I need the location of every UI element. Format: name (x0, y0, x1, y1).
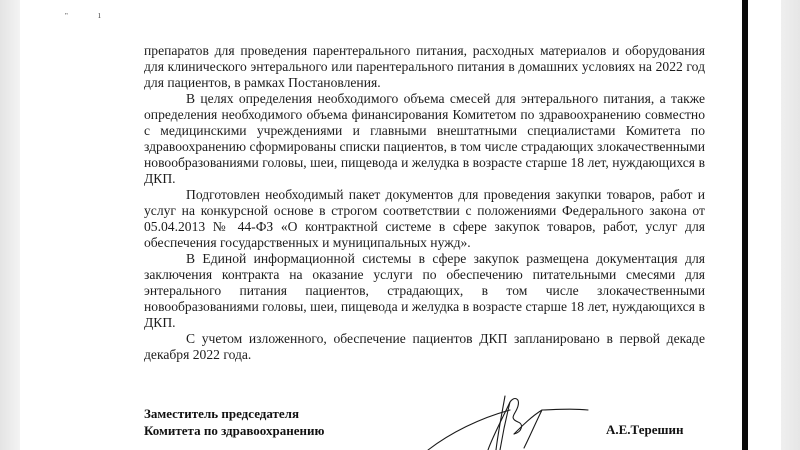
paragraph-4: В Единой информационной системы в сфере … (144, 251, 705, 331)
document-viewer: " 1 препаратов для проведения парентерал… (0, 0, 800, 450)
left-margin (0, 0, 20, 450)
page-marks: " 1 (65, 12, 115, 20)
paragraph-3: Подготовлен необходимый пакет документов… (144, 187, 705, 251)
signer-name: А.Е.Терешин (606, 422, 683, 438)
paragraph-5: С учетом изложенного, обеспечение пациен… (144, 331, 705, 363)
signer-position: Заместитель председателя Комитета по здр… (144, 405, 324, 439)
scan-edge-bar (742, 0, 748, 450)
right-margin (781, 0, 800, 450)
document-body: препаратов для проведения парентеральног… (144, 43, 705, 363)
signer-position-line-2: Комитета по здравоохранению (144, 422, 324, 439)
signer-position-line-1: Заместитель председателя (144, 405, 324, 422)
document-page: " 1 препаратов для проведения парентерал… (20, 0, 781, 450)
paragraph-2: В целях определения необходимого объема … (144, 91, 705, 187)
paragraph-1: препаратов для проведения парентеральног… (144, 43, 705, 91)
signature-icon (410, 388, 590, 450)
